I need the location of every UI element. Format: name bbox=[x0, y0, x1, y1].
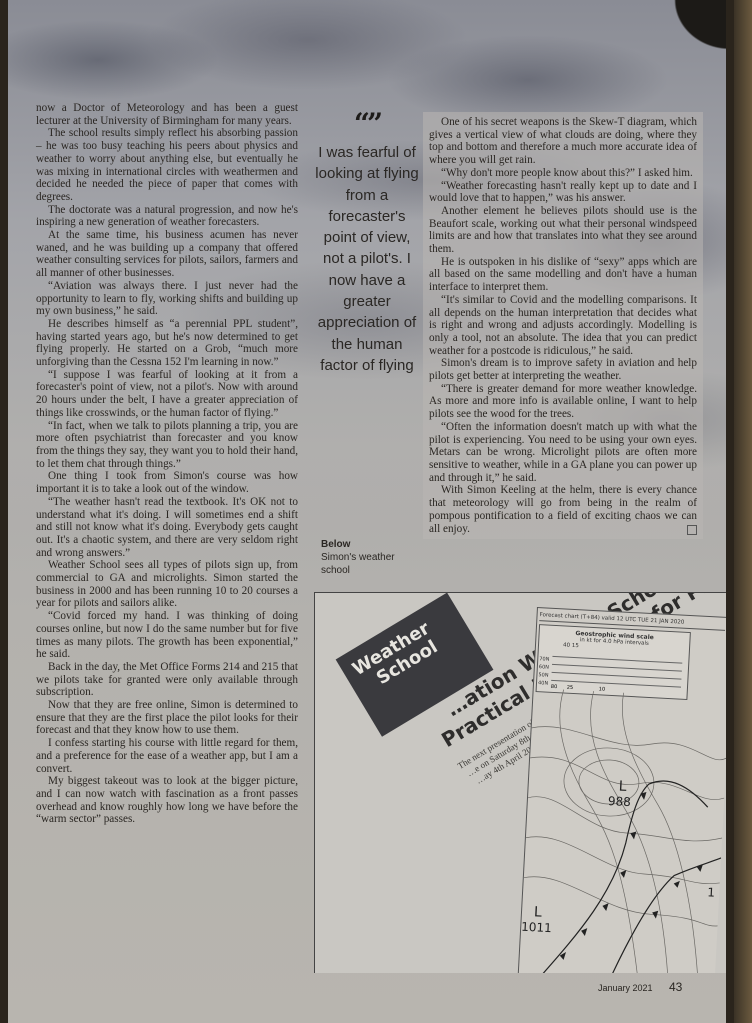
paragraph: One of his secret weapons is the Skew-T … bbox=[429, 116, 697, 167]
caption-text: Simon's weather school bbox=[321, 552, 395, 576]
paragraph: The school results simply reflect his ab… bbox=[36, 127, 298, 203]
page-number: 43 bbox=[669, 980, 682, 994]
low-pressure-value: 988 bbox=[608, 794, 632, 809]
paragraph: Another element he believes pilots shoul… bbox=[429, 205, 697, 256]
low-pressure-symbol: L bbox=[618, 779, 627, 795]
paragraph: “Weather forecasting hasn't really kept … bbox=[429, 180, 697, 205]
magazine-page: now a Doctor of Meteorology and has been… bbox=[8, 0, 726, 1023]
quote-marks-icon: “” bbox=[312, 110, 422, 138]
issue-date: January 2021 bbox=[598, 983, 653, 993]
paragraph: Now that they are free online, Simon is … bbox=[36, 699, 298, 737]
edge-label: 1 bbox=[707, 885, 715, 899]
paragraph: “There is greater demand for more weathe… bbox=[429, 383, 697, 421]
paragraph: He is outspoken in his dislike of “sexy”… bbox=[429, 256, 697, 294]
paragraph: “Why don't more people know about this?”… bbox=[429, 167, 697, 180]
legend-row-label: 40N bbox=[538, 680, 548, 687]
page-footer: January 2021 43 bbox=[598, 978, 682, 996]
paragraph: “I suppose I was fearful of looking at i… bbox=[36, 369, 298, 420]
paragraph: Simon's dream is to improve safety in av… bbox=[429, 357, 697, 382]
legend-row-label: 70N bbox=[539, 656, 549, 663]
paragraph: “It's similar to Covid and the modelling… bbox=[429, 294, 697, 358]
forecast-chart: Forecast chart (T+84) valid 12 UTC TUE 2… bbox=[518, 607, 726, 973]
low-pressure-value: 1011 bbox=[521, 920, 552, 936]
paragraph-text: With Simon Keeling at the helm, there is… bbox=[429, 484, 697, 534]
weather-school-photo: Weather School …ation Weather School (Pa… bbox=[314, 592, 726, 973]
pull-quote-text: I was fearful of looking at flying from … bbox=[312, 142, 422, 376]
paragraph: “Aviation was always there. I just never… bbox=[36, 280, 298, 318]
low-pressure-symbol: L bbox=[534, 904, 543, 920]
paragraph: My biggest takeout was to look at the bi… bbox=[36, 775, 298, 826]
paragraph: Back in the day, the Met Office Forms 21… bbox=[36, 661, 298, 699]
paragraph: With Simon Keeling at the helm, there is… bbox=[429, 484, 697, 535]
paragraph: “In fact, when we talk to pilots plannin… bbox=[36, 420, 298, 471]
article-left-column: now a Doctor of Meteorology and has been… bbox=[36, 102, 298, 826]
page-corner-shadow bbox=[640, 0, 726, 80]
paragraph: “Often the information doesn't match up … bbox=[429, 421, 697, 485]
paragraph: “Covid forced my hand. I was thinking of… bbox=[36, 610, 298, 661]
legend-row-label: 60N bbox=[539, 664, 549, 671]
pull-quote: “” I was fearful of looking at flying fr… bbox=[312, 110, 422, 376]
end-of-article-icon bbox=[687, 525, 697, 535]
paragraph: He describes himself as “a perennial PPL… bbox=[36, 318, 298, 369]
paragraph: Weather School sees all types of pilots … bbox=[36, 559, 298, 610]
paragraph: At the same time, his business acumen ha… bbox=[36, 229, 298, 280]
paragraph: One thing I took from Simon's course was… bbox=[36, 470, 298, 495]
caption-label: Below bbox=[321, 538, 421, 551]
paragraph: “The weather hasn't read the textbook. I… bbox=[36, 496, 298, 560]
article-right-column: One of his secret weapons is the Skew-T … bbox=[423, 112, 703, 539]
paragraph: now a Doctor of Meteorology and has been… bbox=[36, 102, 298, 127]
magazine-spine bbox=[734, 0, 752, 1023]
photo-caption: Below Simon's weather school bbox=[321, 538, 421, 577]
paragraph: The doctorate was a natural progression,… bbox=[36, 204, 298, 229]
paragraph: I confess starting his course with littl… bbox=[36, 737, 298, 775]
legend-row-label: 50N bbox=[538, 672, 548, 679]
